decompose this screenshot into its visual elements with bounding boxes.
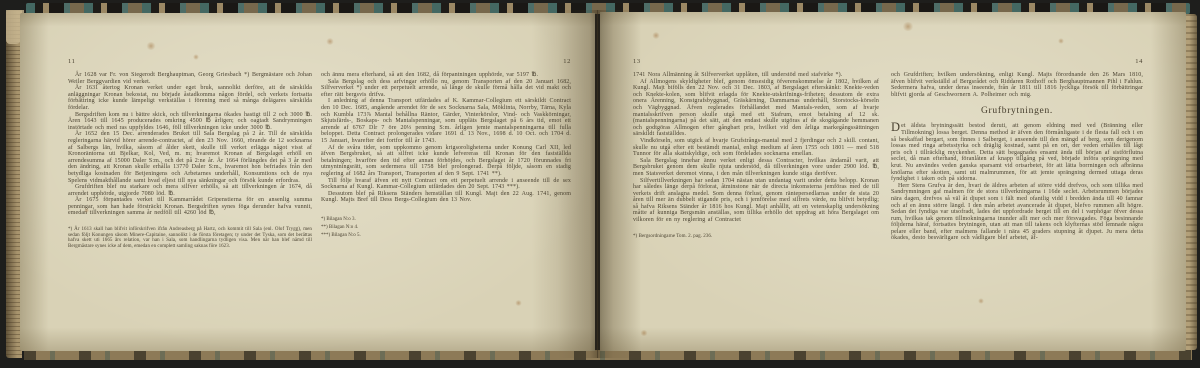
page-number-13: 13 bbox=[633, 58, 879, 65]
body-paragraph: Till följe hvaraf äfven ett nytt Contrac… bbox=[321, 178, 571, 191]
body-paragraph: Sala Bergslag och dess arfvingar erhöllo… bbox=[321, 79, 571, 99]
section-heading-grufbrytningen: Grufbrytningen. bbox=[891, 106, 1143, 117]
body-paragraph: Det äldsta brytningssätt bestod deruti, … bbox=[891, 123, 1143, 182]
body-paragraph: Vindkörseln, som utgick af hvarje Grufst… bbox=[633, 138, 879, 158]
body-paragraph: och Grufdriften; hvilken undersökning, e… bbox=[891, 72, 1143, 98]
page-number-14: 14 bbox=[891, 58, 1143, 65]
gutter-crease-line bbox=[597, 10, 598, 358]
body-paragraph: Af Allmogens skyldigheter blef, genom öm… bbox=[633, 79, 879, 138]
book-right-page-edges bbox=[1186, 14, 1197, 350]
body-paragraph: 1741 Nora Allmänning åt Silfververket up… bbox=[633, 72, 879, 79]
page-11-column: 11 År 1628 var Fr. von Siegerodt Berghau… bbox=[68, 58, 312, 250]
body-paragraph: Bergsdriften kom nu i bättre skick, och … bbox=[68, 112, 312, 132]
body-paragraph: och ännu mera efterhand, så att den 1682… bbox=[321, 72, 571, 79]
body-paragraph: Sala Bergslag innehar ännu verket enligt… bbox=[633, 158, 879, 178]
footnote: **) Bilagan N:o 4. bbox=[321, 225, 571, 231]
body-paragraph: År 1675 förpantades verket till Kammarrå… bbox=[68, 197, 312, 217]
body-paragraph: Af de svåra tider, som uppkommo genom kr… bbox=[321, 145, 571, 178]
body-paragraph: År 1652 den 15 Dec. arrenderades Bruket … bbox=[68, 131, 312, 184]
right-page: 13 1741 Nora Allmänning åt Silfververket… bbox=[600, 12, 1186, 351]
body-paragraph: År 1631 återtog Kronan verket under eget… bbox=[68, 85, 312, 111]
body-paragraph: I anledning af denna Transport utfärdade… bbox=[321, 98, 571, 144]
open-book-photo: 11 År 1628 var Fr. von Siegerodt Berghau… bbox=[0, 0, 1200, 368]
footnote: *) År 1613 skall han blifvit införskrifv… bbox=[68, 227, 312, 250]
page-13-column: 13 1741 Nora Allmänning åt Silfververket… bbox=[633, 58, 879, 239]
body-paragraph: Grufdriften blef nu starkare och mera si… bbox=[68, 184, 312, 197]
footnote-list: *) Bilagan N:o 3. **) Bilagan N:o 4. ***… bbox=[321, 217, 571, 239]
left-page: 11 År 1628 var Fr. von Siegerodt Berghau… bbox=[20, 13, 595, 351]
body-paragraph: Silfvertillverkningen har sedan 1704 näs… bbox=[633, 178, 879, 224]
body-paragraph: Dessutom blef på Riksens Ständers hemstä… bbox=[321, 191, 571, 204]
body-paragraph: År 1628 var Fr. von Siegerodt Berghauptm… bbox=[68, 72, 312, 85]
body-paragraph: Herr Stens Grufva är den, hvari de äldre… bbox=[891, 183, 1143, 242]
footnote: *) Bilagan N:o 3. bbox=[321, 217, 571, 223]
footnote: ***) Bilagan N:o 5. bbox=[321, 233, 571, 239]
footnote: *) Bergsordningarne Tom. 2. pag. 236. bbox=[633, 234, 879, 240]
book-bottom-page-edges bbox=[24, 350, 1192, 360]
page-number-11: 11 bbox=[68, 58, 312, 65]
page-number-12: 12 bbox=[321, 58, 571, 65]
page-12-column: 12 och ännu mera efterhand, så att den 1… bbox=[321, 58, 571, 241]
page-14-column: 14 och Grufdriften; hvilken undersökning… bbox=[891, 58, 1143, 242]
